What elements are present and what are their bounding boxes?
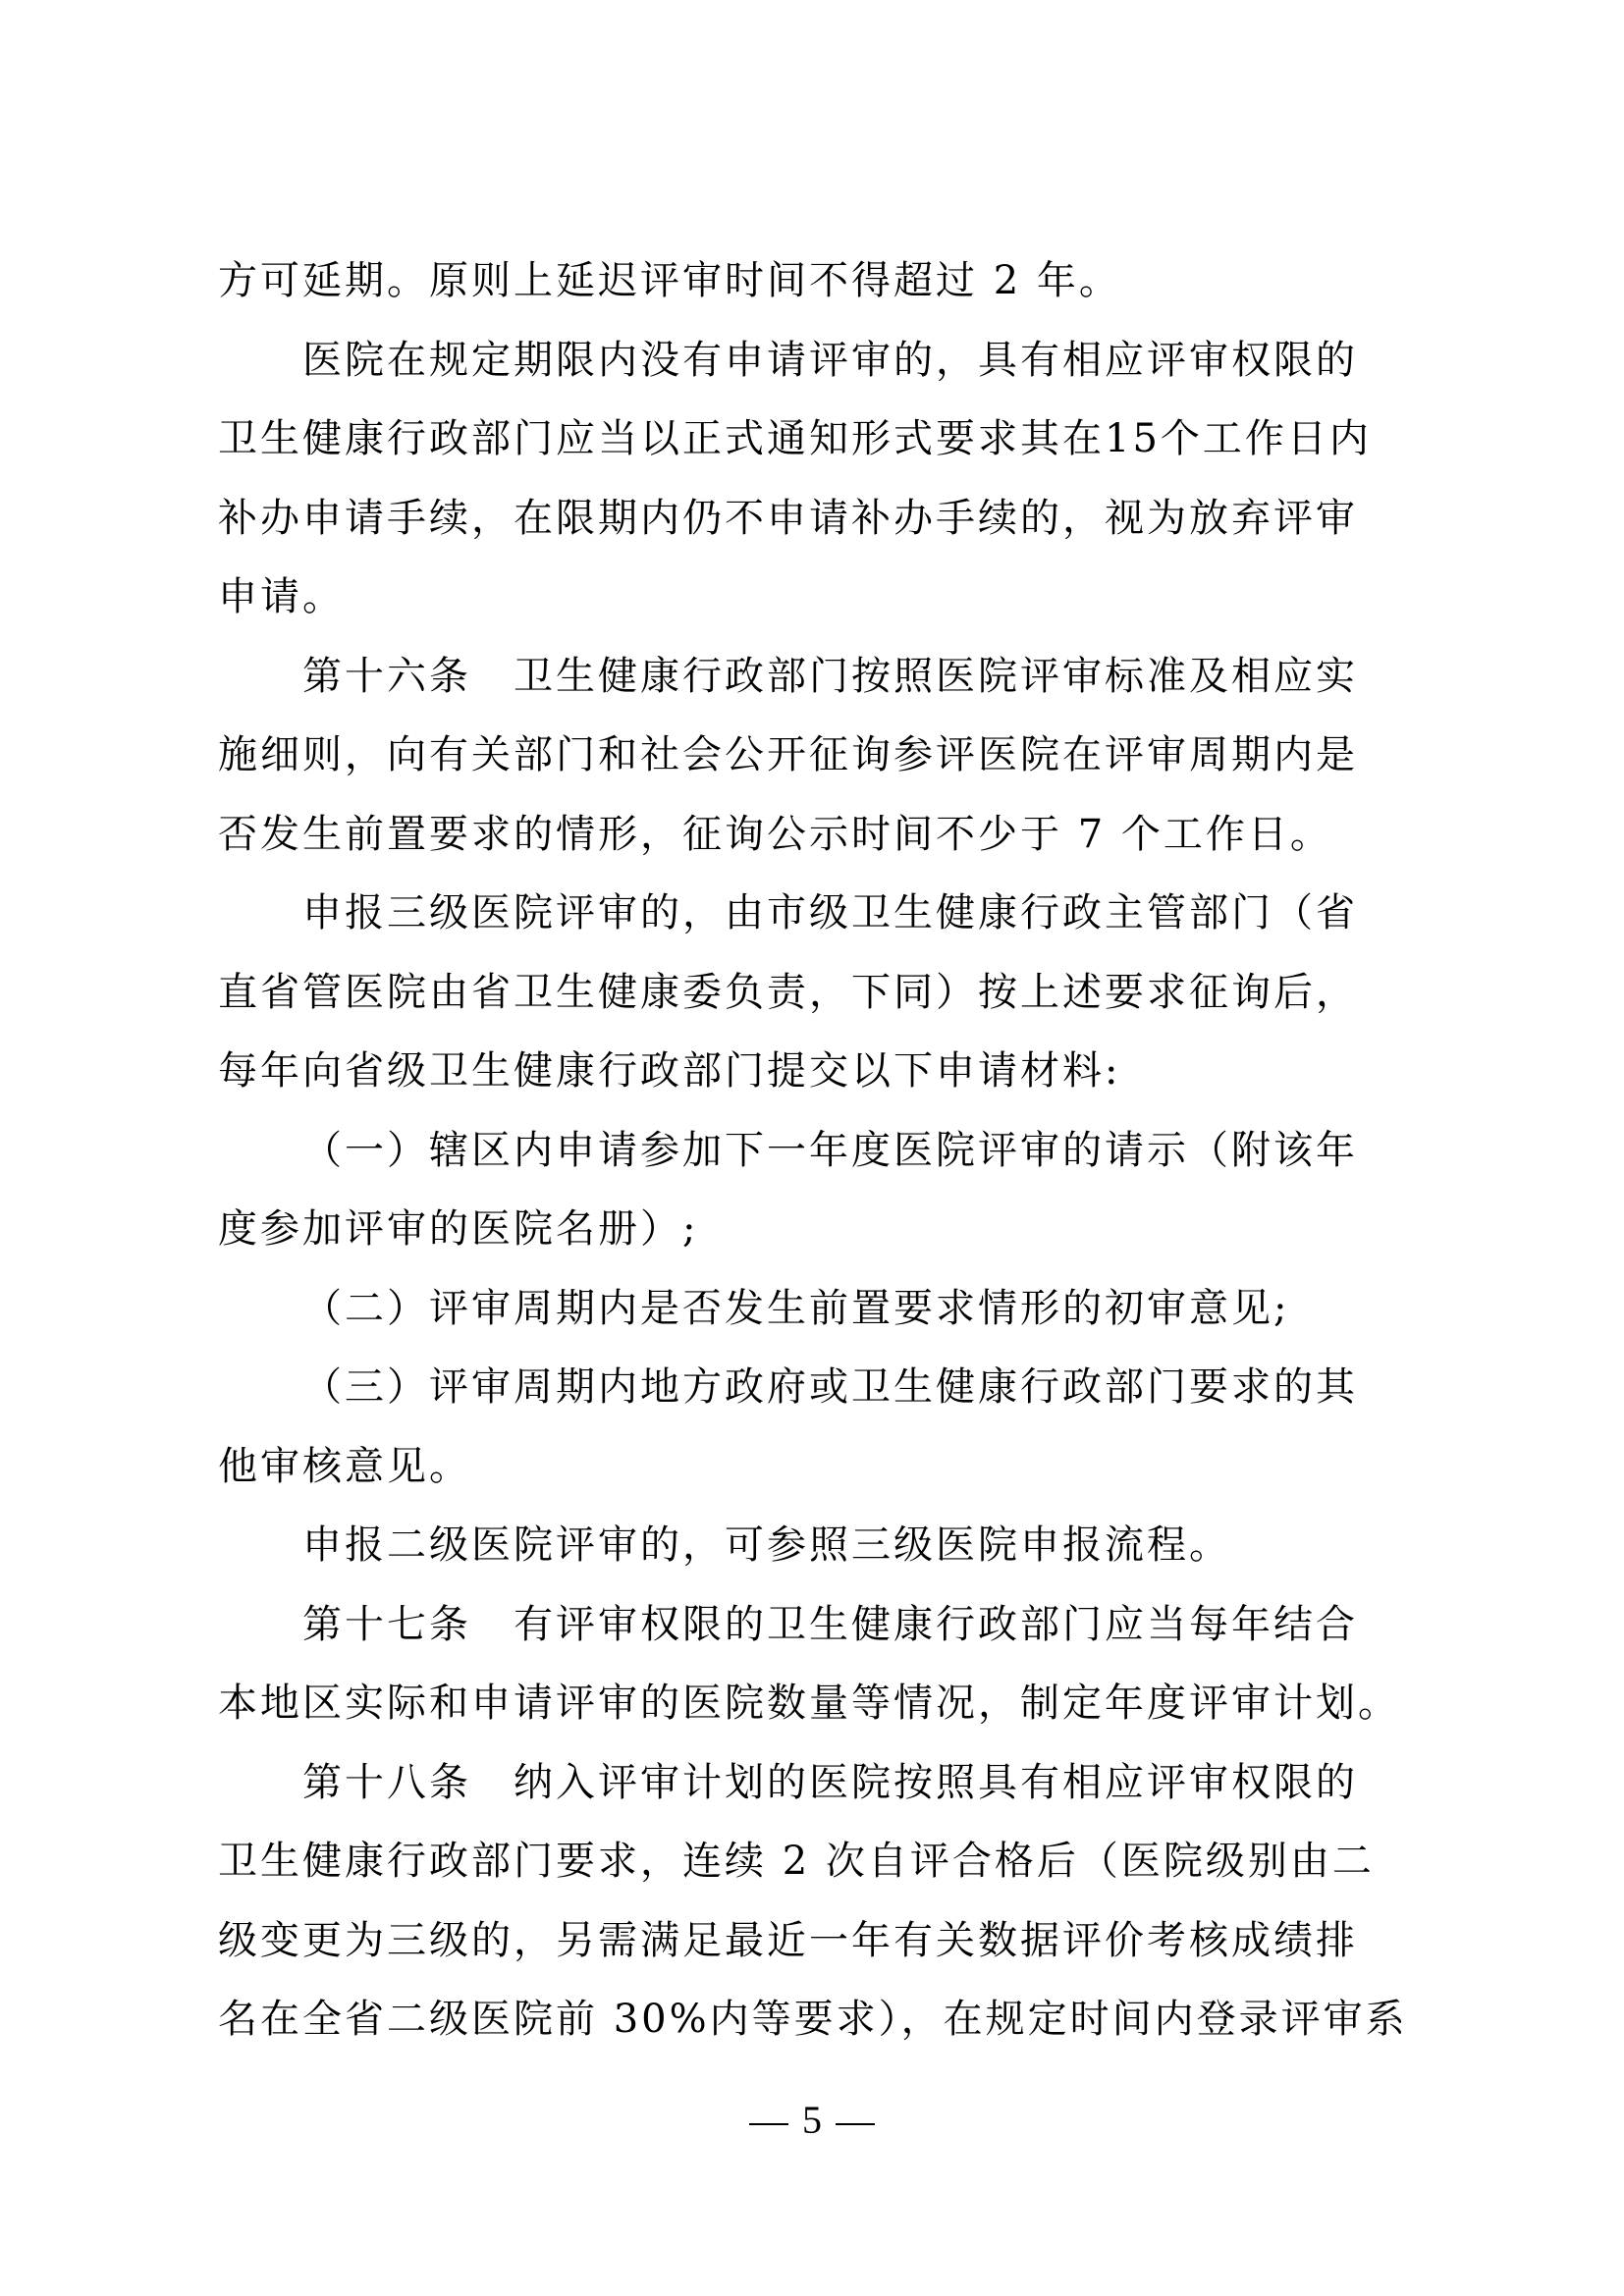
text-line: 医院在规定期限内没有申请评审的，具有相应评审权限的 — [218, 321, 1406, 400]
text-line: 否发生前置要求的情形，征询公示时间不少于 7 个工作日。 — [218, 795, 1406, 875]
page-number-value: 5 — [802, 2098, 822, 2142]
text-line: 施细则，向有关部门和社会公开征询参评医院在评审周期内是 — [218, 716, 1406, 795]
text-line: 卫生健康行政部门要求，连续 2 次自评合格后（医院级别由二 — [218, 1822, 1406, 1901]
list-item-2: （二）评审周期内是否发生前置要求情形的初审意见; — [218, 1269, 1406, 1349]
text-line: 度参加评审的医院名册）; — [218, 1190, 1406, 1269]
text-line: 卫生健康行政部门应当以正式通知形式要求其在15个工作日内 — [218, 400, 1406, 479]
body-text: 方可延期。原则上延迟评审时间不得超过 2 年。 医院在规定期限内没有申请评审的，… — [218, 241, 1406, 2059]
text-line: 申报二级医院评审的，可参照三级医院申报流程。 — [218, 1506, 1406, 1585]
article-17-line: 第十七条 有评审权限的卫生健康行政部门应当每年结合 — [218, 1585, 1406, 1665]
text-line: 方可延期。原则上延迟评审时间不得超过 2 年。 — [218, 241, 1406, 321]
text-line: 申报三级医院评审的，由市级卫生健康行政主管部门（省 — [218, 874, 1406, 953]
dash-left — [749, 2123, 788, 2125]
text-line: 本地区实际和申请评审的医院数量等情况，制定年度评审计划。 — [218, 1664, 1406, 1743]
text-line: 每年向省级卫生健康行政部门提交以下申请材料: — [218, 1032, 1406, 1111]
text-line: 级变更为三级的，另需满足最近一年有关数据评价考核成绩排 — [218, 1901, 1406, 1981]
text-line: 补办申请手续，在限期内仍不申请补办手续的，视为放弃评审 — [218, 479, 1406, 559]
text-line: 他审核意见。 — [218, 1427, 1406, 1507]
text-line: 名在全省二级医院前 30%内等要求），在规定时间内登录评审系 — [218, 1980, 1406, 2059]
list-item-1: （一）辖区内申请参加下一年度医院评审的请示（附该年 — [218, 1111, 1406, 1191]
dash-right — [836, 2123, 875, 2125]
list-item-3: （三）评审周期内地方政府或卫生健康行政部门要求的其 — [218, 1348, 1406, 1427]
text-line: 申请。 — [218, 558, 1406, 637]
text-line: 直省管医院由省卫生健康委负责，下同）按上述要求征询后， — [218, 953, 1406, 1033]
article-18-line: 第十八条 纳入评审计划的医院按照具有相应评审权限的 — [218, 1743, 1406, 1823]
document-page: 方可延期。原则上延迟评审时间不得超过 2 年。 医院在规定期限内没有申请评审的，… — [0, 0, 1624, 2296]
page-number: 5 — [0, 2093, 1624, 2148]
article-16-line: 第十六条 卫生健康行政部门按照医院评审标准及相应实 — [218, 637, 1406, 717]
